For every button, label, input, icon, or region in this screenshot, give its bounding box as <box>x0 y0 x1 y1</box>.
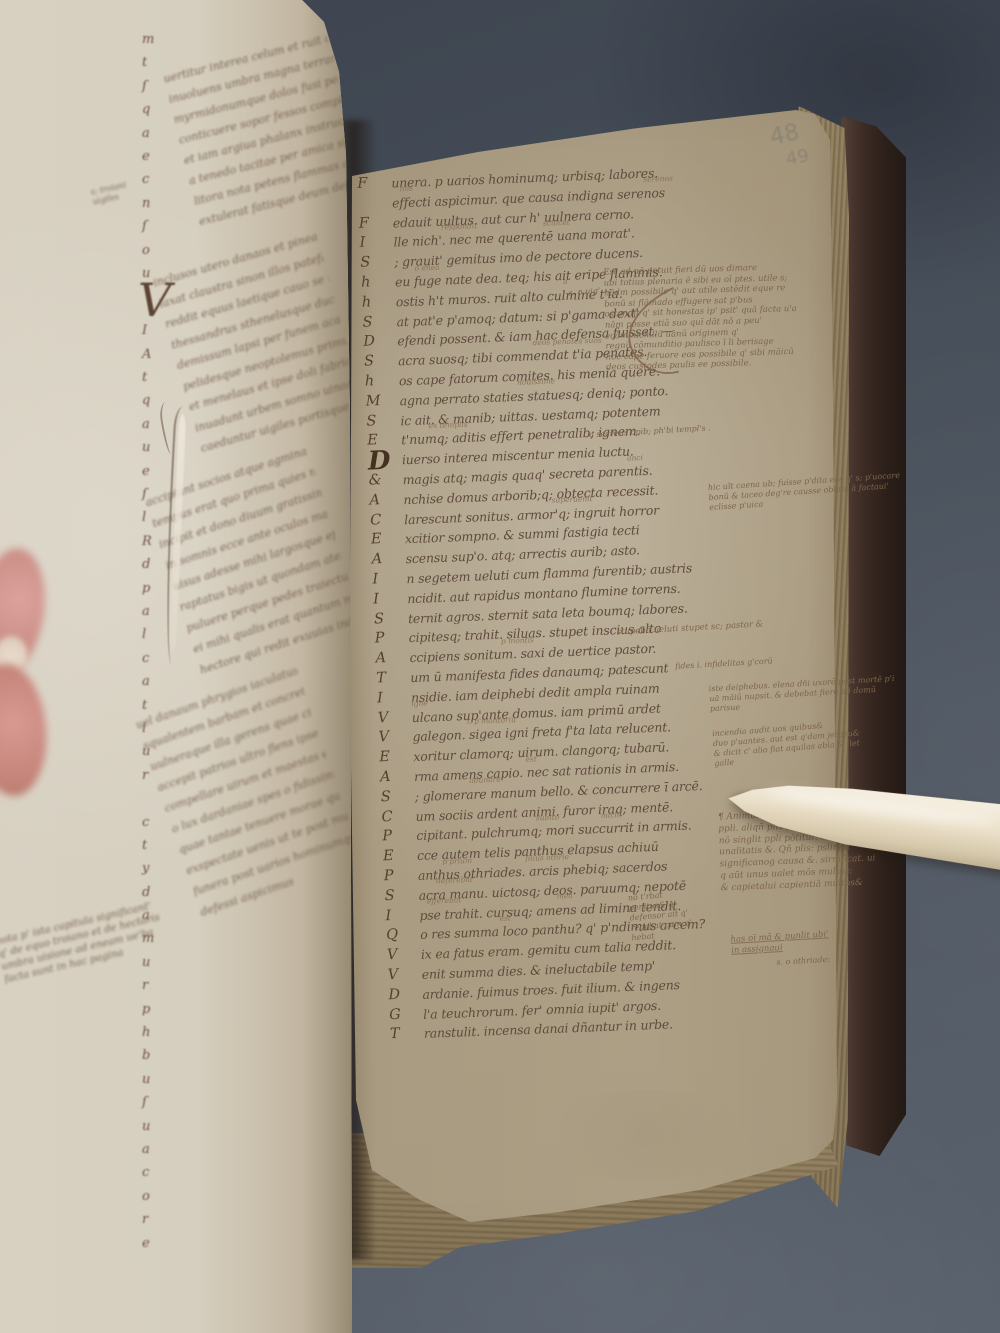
verso-initial: u <box>142 951 176 974</box>
line-initial: A <box>371 550 402 571</box>
interlinear-gloss: est <box>525 754 537 763</box>
verso-initial: a <box>142 670 176 693</box>
verso-initial: r <box>142 1208 176 1231</box>
line-initial: I <box>372 569 403 590</box>
line-initial: S <box>360 253 391 274</box>
line-initial <box>358 193 388 194</box>
line-initial: S <box>362 312 393 333</box>
verso-initial: o <box>142 239 176 262</box>
line-initial: E <box>371 530 402 551</box>
interlinear-gloss: serenos <box>643 174 673 184</box>
verso-initial: e <box>142 145 176 168</box>
line-initial: D <box>388 985 419 1006</box>
line-initial: E <box>383 846 414 867</box>
verso-initial: u <box>142 1068 176 1091</box>
line-initial: I <box>385 906 416 927</box>
interlinear-gloss: p montis <box>501 635 534 645</box>
verso-initial: y <box>142 857 176 880</box>
verso-initial: p <box>142 998 176 1021</box>
line-initial: S <box>384 886 415 907</box>
interlinear-gloss: superuenit <box>551 494 592 505</box>
verso-initial: o <box>142 1185 176 1208</box>
line-initial: A <box>375 649 406 670</box>
line-initial: S <box>381 787 412 808</box>
interlinear-gloss: respondit <box>441 221 478 231</box>
line-initial: C <box>381 807 412 828</box>
interlinear-gloss: adunare <box>469 775 501 785</box>
recto-text-block: Funera. p uarios hominumq; urbisq; labor… <box>352 130 918 1110</box>
verso-initial: a <box>142 1138 176 1161</box>
line-initial: T <box>390 1024 421 1045</box>
interlinear-gloss: deferebat <box>436 875 473 885</box>
line-initial: P <box>374 629 405 650</box>
interlinear-gloss: p'prium <box>442 855 472 865</box>
verso-initial: h <box>142 1021 176 1044</box>
line-initial: S <box>366 411 397 432</box>
line-initial: G <box>389 1005 420 1026</box>
interlinear-gloss: michi <box>601 810 622 820</box>
verso-initial: c <box>142 1161 176 1184</box>
line-initial: Q <box>386 926 417 947</box>
line-initial: A <box>369 490 400 511</box>
line-initial: I <box>377 688 408 709</box>
line-initial: S <box>374 609 405 630</box>
verso-text-strip: uertitur interea celum et ruit oceano no… <box>161 28 367 232</box>
verso-initial: e <box>142 1232 176 1255</box>
line-initial: A <box>380 767 411 788</box>
interlinear-gloss: nouissime <box>517 377 556 387</box>
line-initial: E <box>379 747 410 768</box>
line-initial: h <box>362 292 393 313</box>
verso-initial: t <box>142 366 176 389</box>
line-initial: V <box>377 708 408 729</box>
interlinear-gloss: ex templis <box>428 420 467 430</box>
line-initial: C <box>370 510 401 531</box>
interlinear-gloss: anci <box>627 453 643 463</box>
line-initial: h <box>365 372 396 393</box>
line-initial: D <box>363 332 394 353</box>
verso-initial: ſ <box>142 215 176 238</box>
line-initial: V <box>387 965 418 986</box>
verso-initial: a <box>142 122 176 145</box>
gloss-tie-flourish <box>607 284 681 387</box>
parchment-stain <box>528 1090 768 1180</box>
interlinear-gloss: nos <box>399 184 413 194</box>
verso-initial: ſ <box>142 1091 176 1114</box>
interlinear-gloss: mea <box>557 891 573 901</box>
interlinear-gloss: igne <box>411 699 428 709</box>
line-initial: P <box>384 866 415 887</box>
line-initial: F <box>358 213 389 234</box>
interlinear-gloss: a <box>563 277 568 286</box>
verso-initial: t <box>142 834 176 857</box>
verso-initial: m <box>142 28 176 51</box>
line-initial: V <box>387 945 418 966</box>
line-initial: D <box>368 451 399 472</box>
line-initial: I <box>359 233 390 254</box>
line-initial: V <box>378 728 409 749</box>
line-initial: T <box>376 668 407 689</box>
line-initial: P <box>382 827 413 848</box>
interlinear-gloss: subito <box>536 812 560 822</box>
verso-initial: b <box>142 1044 176 1067</box>
line-initial: h <box>361 273 392 294</box>
marginal-gloss-block: nō t'rbatpenitus& q'defensor ait q'regeb… <box>627 888 692 943</box>
line-initial: S <box>364 352 395 373</box>
interlinear-gloss: o enea <box>414 262 439 272</box>
verso-text-block: mtſqaecnſouVIAtqaueſlRdpalcatiurctydamur… <box>0 0 354 1333</box>
verso-page: mtſqaecnſouVIAtqaueſlRdpalcatiurctydamur… <box>0 0 360 1333</box>
interlinear-gloss: i. p'montoriū <box>467 715 516 726</box>
verso-initial: u <box>142 1115 176 1138</box>
interlinear-gloss: scilicet <box>543 218 570 228</box>
interlinear-gloss: filius othrie <box>525 852 569 863</box>
interlinear-gloss: efferebat <box>427 895 462 905</box>
manuscript-photo: mtſqaecnſouVIAtqaueſlRdpalcatiurctydamur… <box>0 0 1000 1333</box>
line-initial: & <box>368 470 399 491</box>
line-initial: I <box>373 589 404 610</box>
line-initial: F <box>357 174 388 195</box>
verso-initial: r <box>142 974 176 997</box>
line-initial: M <box>365 391 396 412</box>
interlinear-gloss: est <box>499 913 511 922</box>
